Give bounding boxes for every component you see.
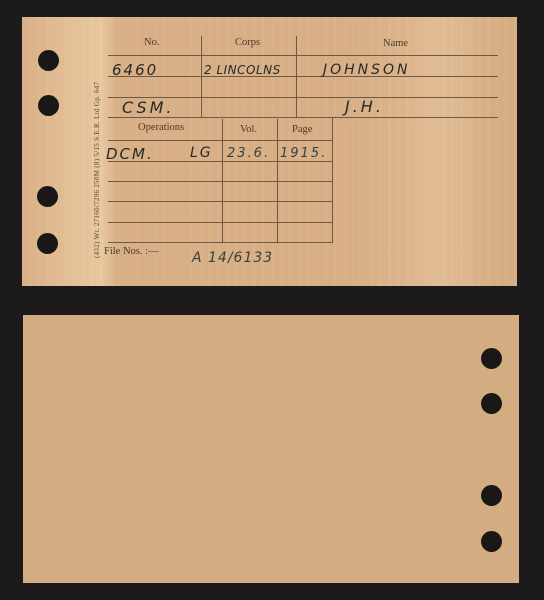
surname-value: JOHNSON	[323, 62, 411, 78]
service-number: 6460	[112, 61, 158, 79]
punch-hole	[38, 50, 59, 71]
punch-hole	[37, 186, 58, 207]
column-divider	[222, 119, 223, 242]
header-corps: Corps	[235, 37, 260, 48]
rule	[108, 55, 498, 56]
header-operations: Operations	[138, 122, 184, 133]
header-vol: Vol.	[240, 124, 257, 135]
operations-ref: LG	[190, 145, 213, 161]
rank-value: CSM.	[122, 98, 175, 117]
punch-hole	[481, 485, 502, 506]
rule	[108, 201, 332, 202]
vol-value: 23.6.	[227, 146, 270, 161]
rule	[108, 222, 332, 223]
file-nos-label: File Nos. :—	[104, 246, 159, 257]
header-no: No.	[144, 37, 159, 48]
initials-value: J.H.	[345, 97, 384, 116]
column-divider	[277, 119, 278, 242]
punch-hole	[37, 233, 58, 254]
operations-award: DCM.	[106, 145, 154, 163]
header-page: Page	[292, 124, 312, 135]
rule	[108, 181, 332, 182]
card-back	[23, 315, 519, 583]
punch-hole	[481, 531, 502, 552]
rule	[108, 140, 332, 141]
page-value: 1915.	[280, 146, 327, 161]
file-nos-value: A 14/6133	[192, 250, 273, 266]
punch-hole	[38, 95, 59, 116]
punch-hole	[481, 393, 502, 414]
column-divider	[296, 36, 297, 118]
rule	[108, 242, 332, 243]
table-right-border	[332, 117, 333, 243]
rule	[108, 76, 498, 77]
punch-hole	[481, 348, 502, 369]
printer-imprint: (432) Wt. 27160/7296 250M (8) 5/15 S.E.R…	[93, 82, 101, 258]
header-name: Name	[383, 38, 408, 49]
column-divider	[201, 36, 202, 118]
corps-value: 2 LINCOLNS	[204, 63, 281, 77]
rule	[108, 117, 498, 118]
